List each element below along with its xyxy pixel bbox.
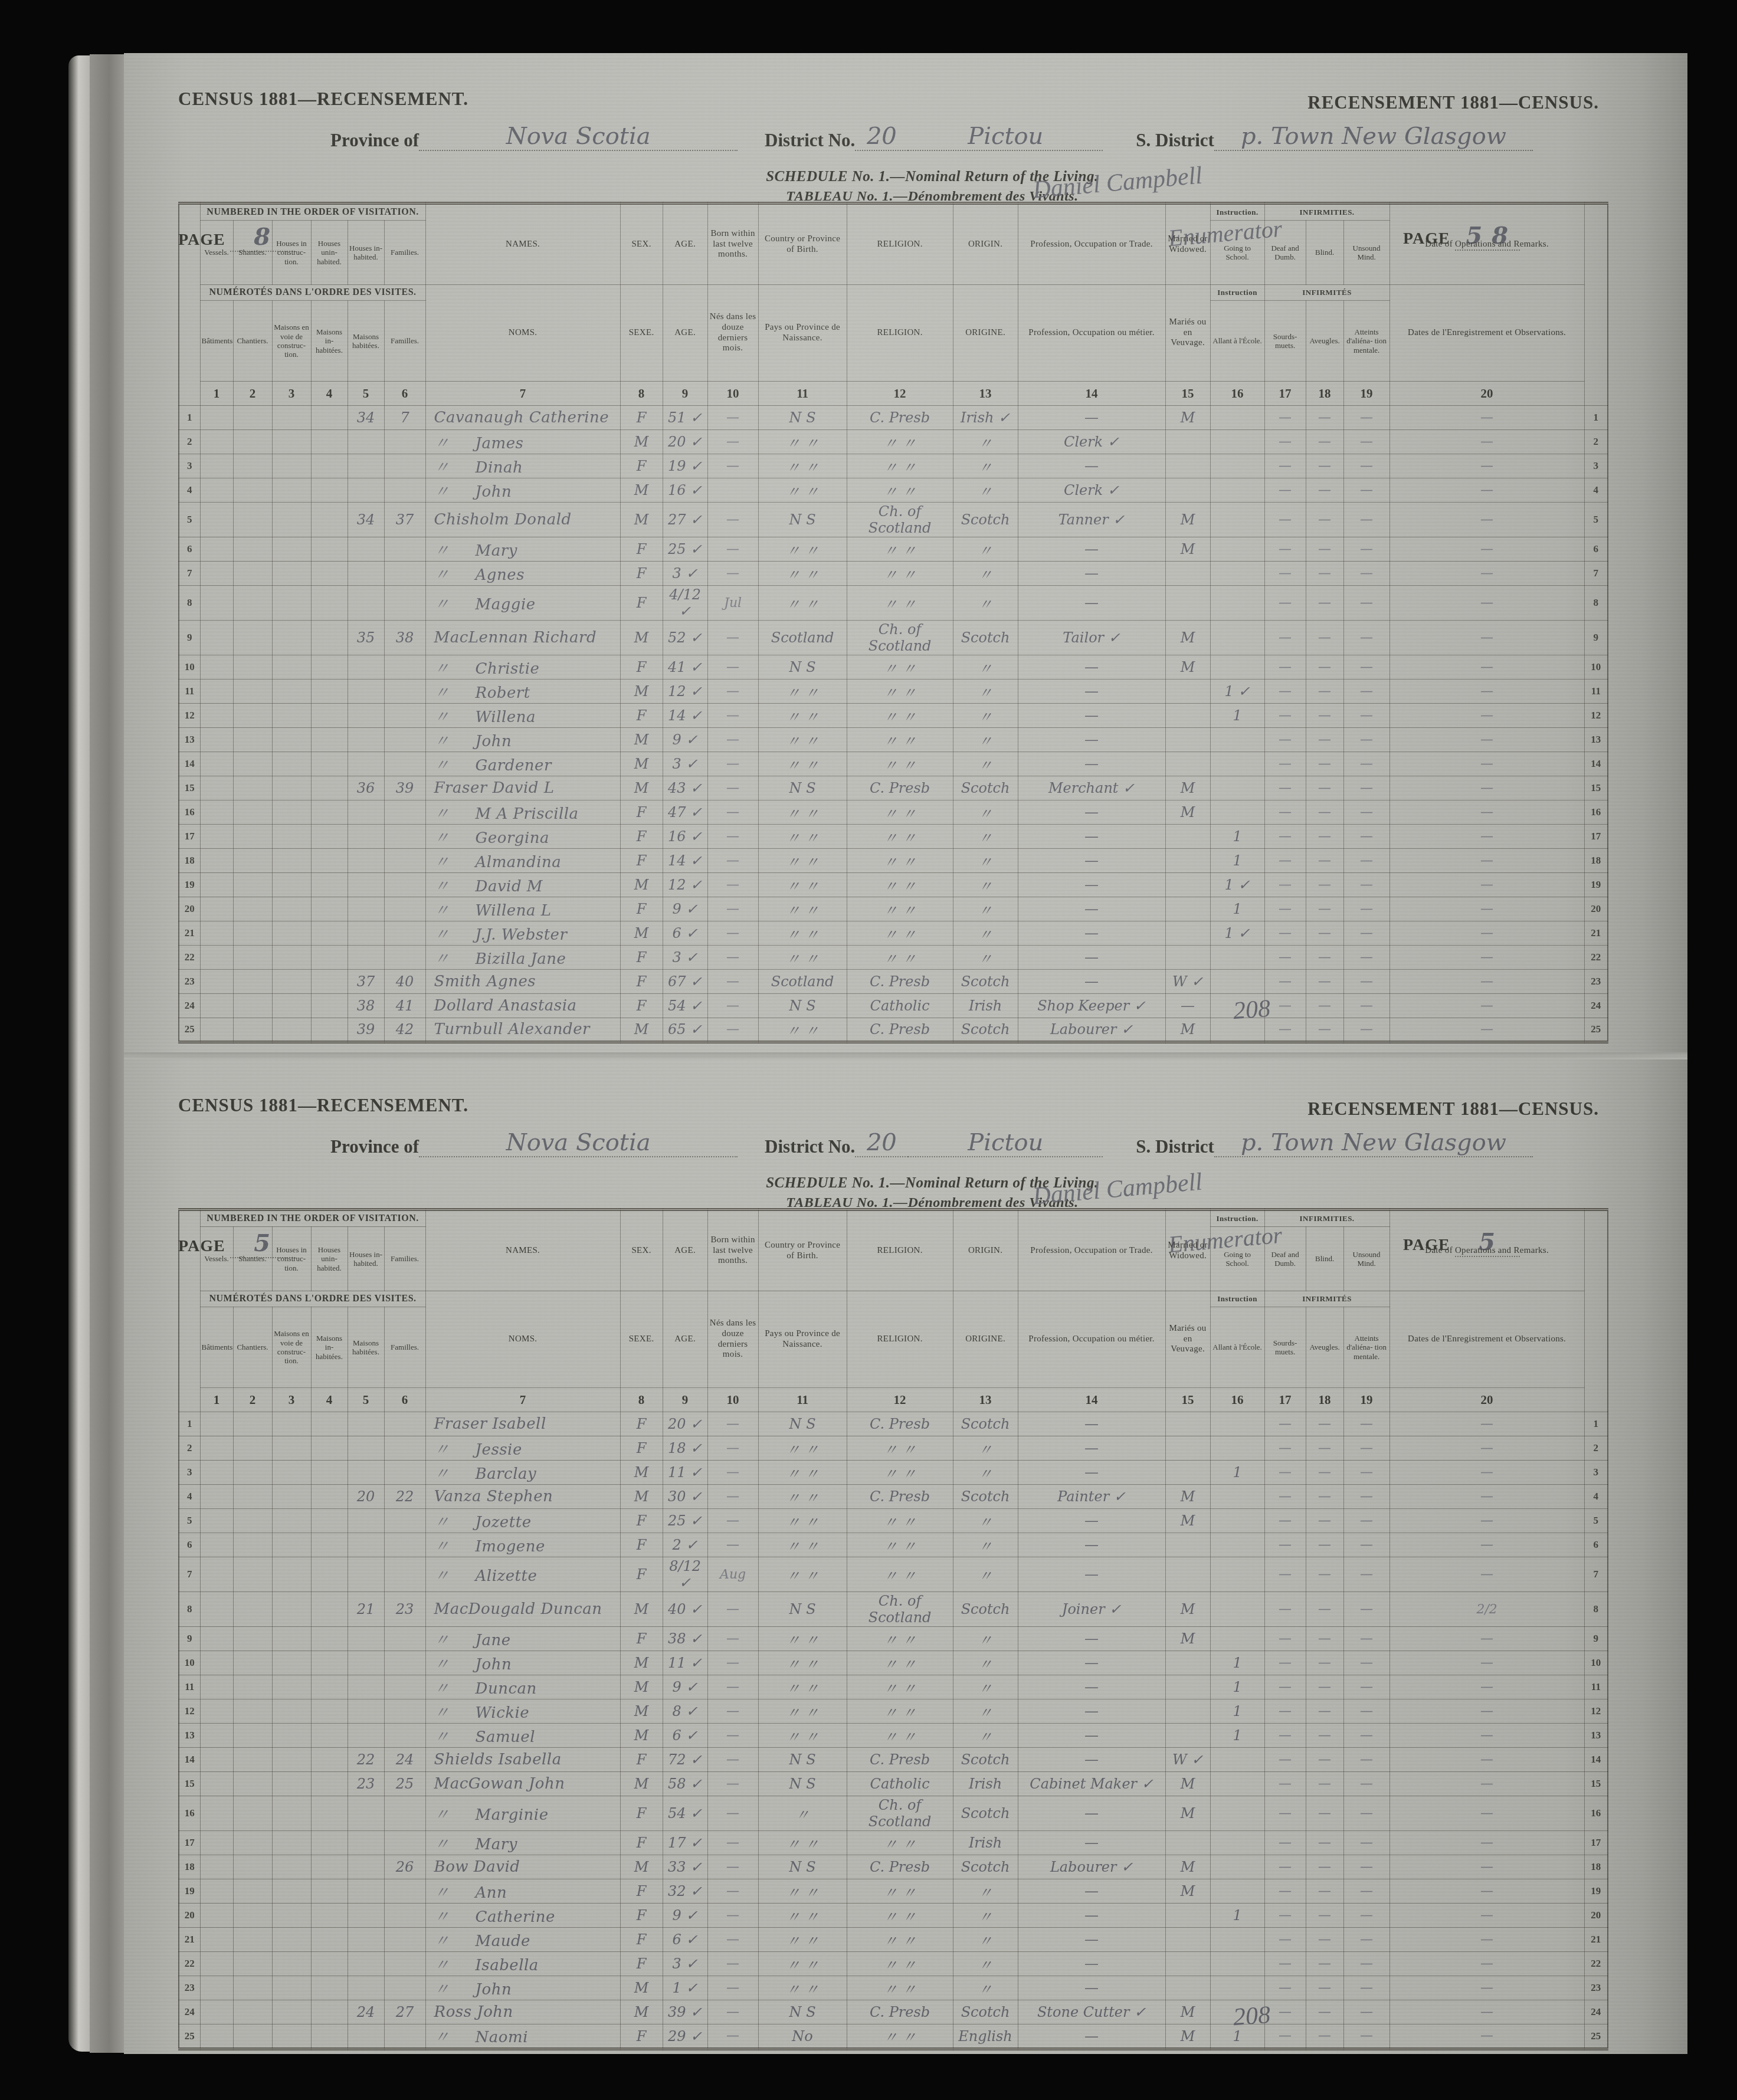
cell-unsound-mind: — — [1343, 454, 1389, 478]
handwritten-value: F — [637, 1955, 647, 1972]
cell-blind: — — [1306, 537, 1343, 562]
ditto-mark: 〃 — [434, 431, 476, 453]
cell-religion: 〃 〃 — [847, 454, 953, 478]
col-header-9-fr: AGE. — [663, 285, 707, 382]
cell-house-number — [348, 537, 384, 562]
cell-going-to-school: 1 — [1210, 825, 1264, 849]
cell-age: 6 ✓ — [663, 921, 707, 946]
table-row: 93538MacLennan RichardM52 ✓—ScotlandCh. … — [179, 621, 1608, 655]
cell-blind: — — [1306, 586, 1343, 621]
cell-age: 8 ✓ — [663, 1699, 707, 1724]
handwritten-value: — — [726, 1465, 739, 1480]
cell-deaf-dumb: — — [1264, 897, 1306, 921]
cell-born-within-year: — — [707, 1831, 758, 1855]
cell-empty — [200, 800, 233, 825]
col-header-19-en: Unsound Mind. — [1343, 1227, 1389, 1291]
row-number-right: 13 — [1584, 728, 1608, 752]
handwritten-value: — — [1360, 854, 1373, 868]
handwritten-value: F — [637, 1883, 647, 1899]
col-header-10-fr: Nés dans les douze derniers mois. — [707, 285, 758, 382]
ditto-mark: 〃 — [434, 2025, 476, 2047]
cell-empty — [272, 752, 311, 776]
row-number-left: 22 — [179, 1952, 200, 1976]
cell-family-number — [384, 1509, 425, 1533]
cell-going-to-school: 1 ✓ — [1210, 680, 1264, 704]
col-header-19-fr: Atteints d'aliéna- tion mentale. — [1343, 1307, 1389, 1388]
handwritten-value: 〃 〃 — [883, 596, 916, 613]
cell-family-number — [384, 1879, 425, 1904]
cell-profession: Tailor ✓ — [1018, 621, 1165, 655]
cell-family-number — [384, 430, 425, 454]
row-number-right: 24 — [1584, 994, 1608, 1018]
row-number-right: 7 — [1584, 1557, 1608, 1592]
cell-born-within-year: — — [707, 1928, 758, 1952]
row-number-right: 17 — [1584, 1831, 1608, 1855]
cell-age: 3 ✓ — [663, 1952, 707, 1976]
handwritten-value: Bizilla Jane — [476, 950, 566, 968]
district-name-handwritten: Pictou — [908, 123, 1103, 151]
col-header-13-en: ORIGIN. — [953, 1210, 1018, 1291]
handwritten-value: F — [637, 1416, 647, 1432]
table-row: 243841Dollard AnastasiaF54 ✓—N SCatholic… — [179, 994, 1608, 1018]
handwritten-value: — — [1084, 1440, 1099, 1456]
row-number-right: 14 — [1584, 752, 1608, 776]
cell-religion: 〃 〃 — [847, 562, 953, 586]
cell-family-number — [384, 873, 425, 897]
row-number-right: 6 — [1584, 1533, 1608, 1557]
cell-name: 〃Mary — [425, 537, 620, 562]
ditto-mark: 〃 — [434, 592, 476, 614]
cell-born-within-year: — — [707, 406, 758, 430]
cell-house-number — [348, 562, 384, 586]
row-number-left: 4 — [179, 478, 200, 503]
handwritten-value: — — [1279, 459, 1292, 474]
cell-empty — [233, 1557, 272, 1592]
cell-born-within-year: — — [707, 655, 758, 680]
handwritten-value: C. Presb — [870, 780, 930, 796]
cell-origin: 〃 — [953, 1675, 1018, 1699]
cell-name: 〃J.J. Webster — [425, 921, 620, 946]
cell-age: 27 ✓ — [663, 503, 707, 537]
cell-going-to-school — [1210, 776, 1264, 800]
row-number-left: 11 — [179, 1675, 200, 1699]
row-number-right: 19 — [1584, 1879, 1608, 1904]
handwritten-value: English — [958, 2028, 1012, 2045]
cell-remarks: — — [1389, 1557, 1584, 1592]
handwritten-value: — — [1480, 1981, 1493, 1996]
cell-sex: F — [620, 1796, 663, 1831]
cell-religion: 〃 〃 — [847, 752, 953, 776]
handwritten-value: F — [637, 828, 647, 845]
cell-family-number — [384, 897, 425, 921]
cell-religion: 〃 〃 — [847, 1879, 953, 1904]
column-number-14: 14 — [1018, 382, 1165, 406]
cell-empty — [272, 2000, 311, 2024]
cell-born-within-year: — — [707, 897, 758, 921]
handwritten-value: — — [1360, 950, 1373, 965]
cell-blind: — — [1306, 430, 1343, 454]
handwritten-value: — — [1279, 1680, 1292, 1695]
cell-empty — [311, 478, 348, 503]
col-header-14-fr: Profession, Occupation ou métier. — [1018, 285, 1165, 382]
cell-going-to-school: 1 ✓ — [1210, 921, 1264, 946]
handwritten-value: 25 — [396, 1776, 414, 1792]
cell-origin: Scotch — [953, 776, 1018, 800]
handwritten-value: 20 ✓ — [668, 1416, 702, 1432]
cell-religion: 〃 〃 — [847, 478, 953, 503]
handwritten-value: — — [1279, 1656, 1292, 1671]
cell-name: Fraser Isabell — [425, 1412, 620, 1436]
handwritten-value: M — [1181, 659, 1195, 675]
cell-profession: Clerk ✓ — [1018, 430, 1165, 454]
cell-family-number — [384, 1699, 425, 1724]
handwritten-value: — — [1480, 435, 1493, 449]
handwritten-value: 〃 〃 — [786, 543, 819, 559]
table-row: 3〃BarclayM11 ✓—〃 〃〃 〃〃—1————3 — [179, 1461, 1608, 1485]
cell-unsound-mind: — — [1343, 1461, 1389, 1485]
cell-empty — [200, 1533, 233, 1557]
cell-name: 〃John — [425, 728, 620, 752]
cell-religion: 〃 〃 — [847, 946, 953, 970]
cell-married-widowed — [1165, 680, 1210, 704]
cell-empty — [233, 478, 272, 503]
row-number-right: 21 — [1584, 1928, 1608, 1952]
cell-married-widowed: M — [1165, 2000, 1210, 2024]
cell-religion: 〃 〃 — [847, 430, 953, 454]
handwritten-value: Isabella — [476, 1957, 539, 1974]
row-number-right: 16 — [1584, 1796, 1608, 1831]
column-number-8: 8 — [620, 382, 663, 406]
census-title-left: CENSUS 1881—RECENSEMENT. — [178, 88, 468, 110]
cell-age: 18 ✓ — [663, 1436, 707, 1461]
handwritten-value: 〃 — [978, 1909, 992, 1925]
handwritten-value: 〃 〃 — [786, 1729, 819, 1745]
handwritten-value: M A Priscilla — [476, 805, 579, 823]
cell-unsound-mind: — — [1343, 970, 1389, 994]
handwritten-value: 〃 〃 — [883, 435, 916, 452]
cell-origin: 〃 — [953, 1627, 1018, 1651]
cell-religion: 〃 〃 — [847, 921, 953, 946]
handwritten-value: F — [637, 1440, 647, 1456]
cell-going-to-school — [1210, 621, 1264, 655]
cell-born-within-year: — — [707, 1675, 758, 1699]
col-header-7-fr: NOMS. — [425, 1291, 620, 1388]
cell-origin: Irish — [953, 1772, 1018, 1796]
cell-name: Chisholm Donald — [425, 503, 620, 537]
cell-family-number: 37 — [384, 503, 425, 537]
cell-unsound-mind: — — [1343, 1724, 1389, 1748]
cell-empty — [311, 1699, 348, 1724]
cell-religion: 〃 〃 — [847, 728, 953, 752]
handwritten-value: 〃 — [978, 1514, 992, 1531]
cell-sex: F — [620, 1557, 663, 1592]
cell-born-within-year — [707, 478, 758, 503]
cell-married-widowed: M — [1165, 1627, 1210, 1651]
row-number-right: 15 — [1584, 776, 1608, 800]
cell-married-widowed: M — [1165, 621, 1210, 655]
handwritten-value: — — [1279, 757, 1292, 772]
handwritten-value: 6 ✓ — [673, 1931, 698, 1948]
cell-born-within-year: — — [707, 728, 758, 752]
cell-empty — [200, 1436, 233, 1461]
cell-sex: M — [620, 2000, 663, 2024]
cell-empty — [233, 430, 272, 454]
cell-house-number — [348, 1461, 384, 1485]
handwritten-value: — — [1279, 926, 1292, 941]
cell-married-widowed: M — [1165, 1018, 1210, 1042]
cell-going-to-school: 1 — [1210, 704, 1264, 728]
handwritten-value: M — [1181, 541, 1195, 557]
column-number-13: 13 — [953, 382, 1018, 406]
cell-deaf-dumb: — — [1264, 1879, 1306, 1904]
table-row: 53437Chisholm DonaldM27 ✓—N SCh. of Scot… — [179, 503, 1608, 537]
handwritten-value: 〃 〃 — [883, 709, 916, 726]
handwritten-value: 〃 〃 — [786, 435, 819, 452]
cell-empty — [200, 562, 233, 586]
handwritten-value: Scotch — [961, 1859, 1010, 1875]
cell-empty — [233, 655, 272, 680]
cell-age: 11 ✓ — [663, 1651, 707, 1675]
cell-profession: — — [1018, 825, 1165, 849]
cell-deaf-dumb: — — [1264, 1904, 1306, 1928]
cell-house-number — [348, 1533, 384, 1557]
handwritten-value: — — [1318, 1567, 1331, 1582]
handwritten-value: 〃 — [978, 1705, 992, 1721]
cell-empty — [233, 1724, 272, 1748]
table-row: 13〃SamuelM6 ✓—〃 〃〃 〃〃—1————13 — [179, 1724, 1608, 1748]
handwritten-value: — — [1480, 1465, 1493, 1480]
col-header-4-en: Houses unin- habited. — [311, 221, 348, 285]
cell-age: 1 ✓ — [663, 1976, 707, 2000]
census-table: NUMBERED IN THE ORDER OF VISITATION.NAME… — [178, 202, 1608, 1044]
cell-family-number — [384, 586, 425, 621]
handwritten-value: — — [1480, 684, 1493, 699]
cell-name: 〃Maggie — [425, 586, 620, 621]
cell-birthplace: 〃 〃 — [758, 562, 847, 586]
cell-empty — [311, 655, 348, 680]
cell-married-widowed — [1165, 1976, 1210, 2000]
cell-name: 〃Isabella — [425, 1952, 620, 1976]
col-header-17-fr: Sourds- muets. — [1264, 301, 1306, 382]
handwritten-value: 2/2 — [1476, 1602, 1497, 1617]
handwritten-value: — — [1480, 1441, 1493, 1456]
cell-sex: M — [620, 1976, 663, 2000]
table-row: 10〃ChristieF41 ✓—N S〃 〃〃—M————10 — [179, 655, 1608, 680]
cell-family-number — [384, 1651, 425, 1675]
table-row: 8〃MaggieF4/12 ✓Jul〃 〃〃 〃〃—————8 — [179, 586, 1608, 621]
cell-profession: — — [1018, 849, 1165, 873]
cell-birthplace: 〃 〃 — [758, 586, 847, 621]
handwritten-value: — — [1480, 926, 1493, 941]
cell-married-widowed — [1165, 562, 1210, 586]
handwritten-value: M — [634, 756, 649, 772]
cell-origin: Scotch — [953, 1855, 1018, 1879]
cell-remarks: — — [1389, 2000, 1584, 2024]
row-number-column-right — [1584, 1210, 1608, 1412]
handwritten-value: — — [1480, 566, 1493, 581]
handwritten-value: — — [1318, 1514, 1331, 1528]
table-row: 152325MacGowan JohnM58 ✓—N SCatholicIris… — [179, 1772, 1608, 1796]
handwritten-value: — — [1360, 1567, 1373, 1582]
cell-born-within-year: — — [707, 680, 758, 704]
handwritten-value: F — [637, 852, 647, 869]
cell-profession: — — [1018, 1557, 1165, 1592]
handwritten-value: 72 ✓ — [668, 1751, 702, 1768]
cell-religion: 〃 〃 — [847, 1675, 953, 1699]
cell-born-within-year: — — [707, 454, 758, 478]
cell-remarks: — — [1389, 897, 1584, 921]
column-number-13: 13 — [953, 1388, 1018, 1412]
handwritten-value: — — [726, 1441, 739, 1456]
handwritten-value: John — [476, 1981, 512, 1999]
cell-birthplace: N S — [758, 406, 847, 430]
cell-deaf-dumb: — — [1264, 1855, 1306, 1879]
handwritten-value: 〃 〃 — [786, 1632, 819, 1649]
handwritten-value: — — [1279, 1836, 1292, 1850]
handwritten-value: — — [726, 1680, 739, 1695]
cell-empty — [311, 2024, 348, 2049]
handwritten-value: 〃 〃 — [883, 757, 916, 774]
cell-profession: Painter ✓ — [1018, 1485, 1165, 1509]
cell-birthplace: Scotland — [758, 970, 847, 994]
cell-family-number — [384, 454, 425, 478]
col-header-17-en: Deaf and Dumb. — [1264, 1227, 1306, 1291]
cell-name: Shields Isabella — [425, 1748, 620, 1772]
cell-house-number — [348, 849, 384, 873]
cell-house-number — [348, 1952, 384, 1976]
table-row: 5〃JozetteF25 ✓—〃 〃〃 〃〃—M————5 — [179, 1509, 1608, 1533]
cell-age: 20 ✓ — [663, 1412, 707, 1436]
handwritten-value: 8 ✓ — [673, 1703, 698, 1720]
cell-empty — [311, 680, 348, 704]
cell-unsound-mind: — — [1343, 503, 1389, 537]
row-number-right: 2 — [1584, 1436, 1608, 1461]
cell-empty — [272, 680, 311, 704]
cell-house-number: 39 — [348, 1018, 384, 1042]
cell-married-widowed — [1165, 1651, 1210, 1675]
handwritten-value: Fraser Isabell — [434, 1415, 546, 1433]
handwritten-value: 51 ✓ — [668, 409, 702, 426]
cell-sex: F — [620, 1952, 663, 1976]
handwritten-value: — — [1084, 541, 1099, 557]
handwritten-value: 〃 〃 — [883, 1957, 916, 1974]
cell-religion: C. Presb — [847, 406, 953, 430]
cell-born-within-year: — — [707, 537, 758, 562]
row-number-right: 8 — [1584, 1592, 1608, 1627]
cell-profession: — — [1018, 704, 1165, 728]
cell-name: 〃Jessie — [425, 1436, 620, 1461]
column-number-18: 18 — [1306, 382, 1343, 406]
handwritten-value: — — [1279, 999, 1292, 1013]
handwritten-value: F — [637, 707, 647, 724]
cell-going-to-school — [1210, 1436, 1264, 1461]
table-row: 2〃JessieF18 ✓—〃 〃〃 〃〃—————2 — [179, 1436, 1608, 1461]
handwritten-value: — — [1318, 1680, 1331, 1695]
row-number-right: 16 — [1584, 800, 1608, 825]
handwritten-value: F — [637, 565, 647, 582]
col-header-16-en: Going to School. — [1210, 221, 1264, 285]
cell-profession: Shop Keeper ✓ — [1018, 994, 1165, 1018]
cell-name: 〃Marginie — [425, 1796, 620, 1831]
table-row: 12〃WickieM8 ✓—〃 〃〃 〃〃—1————12 — [179, 1699, 1608, 1724]
cell-origin: 〃 — [953, 1436, 1018, 1461]
cell-family-number: 42 — [384, 1018, 425, 1042]
column-number-12: 12 — [847, 1388, 953, 1412]
cell-blind: — — [1306, 1952, 1343, 1976]
handwritten-value: — — [1279, 435, 1292, 449]
cell-unsound-mind: — — [1343, 1651, 1389, 1675]
handwritten-value: 〃 — [978, 1981, 992, 1998]
handwritten-value: — — [1318, 1656, 1331, 1671]
cell-deaf-dumb: — — [1264, 537, 1306, 562]
row-number-right: 18 — [1584, 849, 1608, 873]
cell-profession: — — [1018, 1651, 1165, 1675]
cell-married-widowed: M — [1165, 800, 1210, 825]
row-number-left: 17 — [179, 1831, 200, 1855]
handwritten-value: — — [1360, 1860, 1373, 1875]
handwritten-value: — — [1084, 1512, 1099, 1529]
handwritten-value: 〃 — [978, 1729, 992, 1745]
handwritten-value: Cabinet Maker ✓ — [1030, 1776, 1153, 1792]
cell-remarks: — — [1389, 1412, 1584, 1436]
handwritten-value: — — [1480, 459, 1493, 474]
row-number-left: 5 — [179, 503, 200, 537]
cell-family-number: 39 — [384, 776, 425, 800]
cell-birthplace: Scotland — [758, 621, 847, 655]
cell-deaf-dumb: — — [1264, 1772, 1306, 1796]
instruction-group-fr: Instruction — [1210, 285, 1264, 301]
ditto-mark: 〃 — [434, 1832, 476, 1854]
cell-empty — [233, 1509, 272, 1533]
cell-empty — [272, 1461, 311, 1485]
cell-blind: — — [1306, 1855, 1343, 1879]
handwritten-value: M — [634, 434, 649, 450]
handwritten-value: — — [1084, 1566, 1099, 1583]
cell-blind: — — [1306, 849, 1343, 873]
col-header-20-fr: Dates de l'Enregistrement et Observation… — [1389, 1291, 1584, 1388]
cell-house-number — [348, 586, 384, 621]
handwritten-value: Clerk ✓ — [1064, 434, 1119, 450]
cell-married-widowed — [1165, 1831, 1210, 1855]
cell-unsound-mind: — — [1343, 1412, 1389, 1436]
handwritten-value: — — [1480, 1022, 1493, 1037]
cell-remarks: — — [1389, 1461, 1584, 1485]
handwritten-value: — — [1360, 733, 1373, 747]
cell-remarks: — — [1389, 704, 1584, 728]
torn-page-edge-light — [68, 55, 91, 2052]
cell-origin: Scotch — [953, 1592, 1018, 1627]
handwritten-value: — — [1360, 411, 1373, 425]
column-number-5: 5 — [348, 382, 384, 406]
cell-family-number — [384, 1627, 425, 1651]
handwritten-value: Gardener — [476, 757, 552, 775]
handwritten-value: — — [1279, 1465, 1292, 1480]
cell-empty — [200, 752, 233, 776]
cell-empty — [272, 478, 311, 503]
cell-name: Cavanaugh Catherine — [425, 406, 620, 430]
column-number-4: 4 — [311, 1388, 348, 1412]
cell-blind: — — [1306, 752, 1343, 776]
cell-born-within-year: — — [707, 1018, 758, 1042]
handwritten-value: Scotch — [961, 1021, 1010, 1038]
cell-blind: — — [1306, 680, 1343, 704]
row-number-right: 1 — [1584, 1412, 1608, 1436]
cell-empty — [200, 994, 233, 1018]
cell-house-number — [348, 1976, 384, 2000]
cell-name: 〃M A Priscilla — [425, 800, 620, 825]
cell-origin: 〃 — [953, 1952, 1018, 1976]
handwritten-value: MacGowan John — [434, 1775, 565, 1793]
